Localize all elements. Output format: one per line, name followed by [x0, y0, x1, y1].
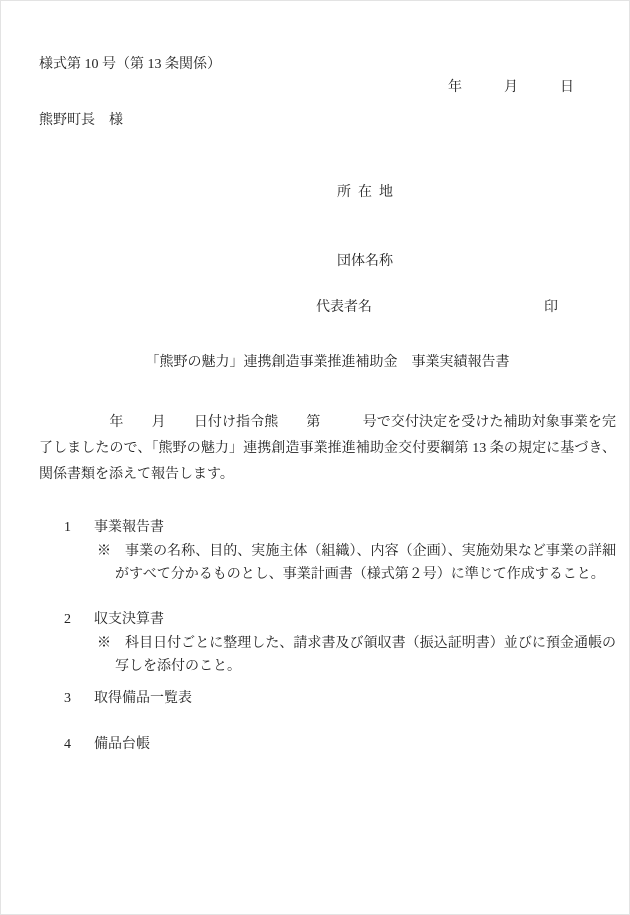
- item-note: ※ 科目日付ごとに整理した、請求書及び領収書（振込証明書）並びに預金通帳の写しを…: [39, 632, 616, 678]
- item-number: 2: [64, 608, 94, 631]
- body-paragraph: 年 月 日付け指令熊 第 号で交付決定を受けた補助対象事業を完了しましたので、「…: [39, 410, 616, 488]
- list-item: 3取得備品一覧表: [39, 687, 616, 710]
- item-title: 取得備品一覧表: [94, 691, 192, 706]
- item-head: 1事業報告書: [39, 516, 616, 539]
- document-title: 「熊野の魅力」連携創造事業推進補助金 事業実績報告書: [39, 351, 616, 374]
- item-head: 2収支決算書: [39, 608, 616, 631]
- location-label: 所在地: [337, 181, 393, 204]
- organization-row: 団体名称: [316, 227, 616, 296]
- list-item: 2収支決算書 ※ 科目日付ごとに整理した、請求書及び領収書（振込証明書）並びに預…: [39, 608, 616, 678]
- item-number: 3: [64, 687, 94, 710]
- date-blank-line: 年 月 日: [39, 76, 616, 99]
- attachment-list: 1事業報告書 ※ 事業の名称、目的、実施主体（組織）、内容（企画）、実施効果など…: [39, 516, 616, 756]
- addressee: 熊野町長 様: [39, 109, 616, 132]
- representative-label: 代表者名: [316, 296, 372, 319]
- item-head: 4備品台帳: [39, 733, 616, 756]
- document-page: { "page": { "form_number": "様式第 10 号（第 1…: [0, 0, 630, 915]
- item-head: 3取得備品一覧表: [39, 687, 616, 710]
- item-title: 備品台帳: [94, 737, 150, 752]
- location-row: 所在地: [316, 158, 616, 227]
- list-item: 1事業報告書 ※ 事業の名称、目的、実施主体（組織）、内容（企画）、実施効果など…: [39, 516, 616, 586]
- item-title: 事業報告書: [94, 520, 164, 535]
- item-title: 収支決算書: [94, 612, 164, 627]
- item-number: 1: [64, 516, 94, 539]
- item-number: 4: [64, 733, 94, 756]
- applicant-block: 所在地 団体名称 代表者名 印: [316, 158, 616, 319]
- form-number: 様式第 10 号（第 13 条関係）: [39, 53, 616, 76]
- form-page: 様式第 10 号（第 13 条関係） 年 月 日 熊野町長 様 所在地 団体名称…: [1, 1, 630, 915]
- representative-row: 代表者名 印: [316, 296, 616, 319]
- organization-label: 団体名称: [337, 250, 393, 273]
- list-item: 4備品台帳: [39, 733, 616, 756]
- item-note: ※ 事業の名称、目的、実施主体（組織）、内容（企画）、実施効果など事業の詳細がす…: [39, 540, 616, 586]
- seal-mark: 印: [544, 296, 558, 319]
